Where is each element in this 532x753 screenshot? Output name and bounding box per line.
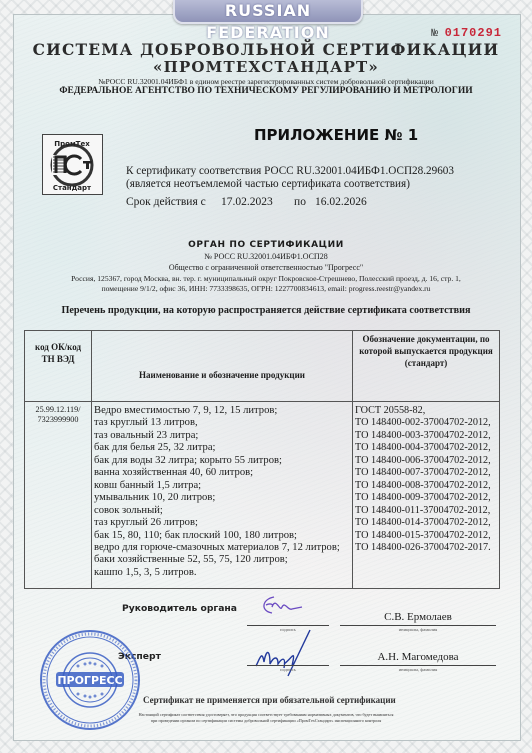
to-label: по (285, 196, 315, 208)
standard-item: ТО 148400-008-37004702-2012, (355, 480, 497, 492)
standard-item: ТО 148400-014-37004702-2012, (355, 517, 497, 529)
system-name: «ПРОМТЕХСТАНДАРТ» (0, 58, 532, 76)
valid-to: 16.02.2026 (315, 196, 367, 208)
list-item: ковш банный 1,5 литра; (94, 480, 350, 492)
column-header-name: Наименование и обозначение продукции (92, 331, 353, 402)
table-row: 25.99.12.119/ 7323999900 Ведро вместимос… (25, 402, 500, 589)
list-item: таз круглый 26 литров; (94, 517, 350, 529)
standard-item: ТО 148400-006-37004702-2012, (355, 455, 497, 467)
validity-label: Срок действия с (126, 196, 221, 208)
organ-title: ОРГАН ПО СЕРТИФИКАЦИИ (0, 240, 532, 250)
svg-text:ПромТех: ПромТех (54, 140, 90, 148)
standard-item: ТО 148400-009-37004702-2012, (355, 492, 497, 504)
standard-item: ТО 148400-003-37004702-2012, (355, 430, 497, 442)
standard-item: ТО 148400-015-37004702-2012, (355, 530, 497, 542)
standard-item: ТО 148400-011-37004702-2012, (355, 505, 497, 517)
organ-reg-number: № РОСС RU.32001.04ИБФ1.ОСП28 (0, 252, 532, 261)
serial-number: № 0170291 (431, 26, 502, 40)
list-item: бак 15, 80, 110; бак плоский 100, 180 ли… (94, 530, 350, 542)
list-item: Ведро вместимостью 7, 9, 12, 15 литров; (94, 405, 350, 417)
disclaimer: Сертификат не применяется при обязательн… (143, 695, 396, 705)
system-title: СИСТЕМА ДОБРОВОЛЬНОЙ СЕРТИФИКАЦИИ (0, 40, 532, 59)
country-banner: RUSSIAN FEDERATION (173, 0, 363, 24)
logo-icon: ПромТех Стандарт (43, 135, 102, 194)
serial-value: 0170291 (445, 26, 502, 40)
appendix-title: ПРИЛОЖЕНИЕ № 1 (254, 126, 418, 144)
products-title: Перечень продукции, на которую распростр… (0, 305, 532, 316)
organ-address-2: помещение 9/1/2, офис 36, ИНН: 773339863… (0, 284, 532, 293)
standard-item: ТО 148400-026-37004702-2017. (355, 542, 497, 554)
expert-name: А.Н. Магомедова (340, 651, 496, 663)
svg-text:ПРОГРЕСС: ПРОГРЕСС (57, 674, 122, 687)
list-item: кашпо 1,5, 3, 5 литров. (94, 567, 350, 579)
promtech-logo: ПромТех Стандарт (42, 134, 103, 195)
agency-name: ФЕДЕРАЛЬНОЕ АГЕНТСТВО ПО ТЕХНИЧЕСКОМУ РЕ… (0, 86, 532, 96)
column-header-standard: Обозначение документации, по которой вып… (353, 331, 500, 402)
standards-list: ГОСТ 20558-82,ТО 148400-002-37004702-201… (353, 402, 500, 589)
standard-item: ГОСТ 20558-82, (355, 405, 497, 417)
organ-company: Общество с ограниченной ответственностью… (0, 263, 532, 272)
head-label: Руководитель органа (122, 603, 237, 614)
valid-from: 17.02.2023 (221, 196, 285, 208)
products-table: код ОК/код ТН ВЭД Наименование и обознач… (24, 330, 500, 589)
list-item: ванна хозяйственная 40, 60 литров; (94, 467, 350, 479)
standard-item: ТО 148400-004-37004702-2012, (355, 442, 497, 454)
list-item: таз круглый 13 литров, (94, 417, 350, 429)
svg-text:Стандарт: Стандарт (53, 184, 92, 192)
list-item: ведро для горюче-смазочных материалов 7,… (94, 542, 350, 554)
product-list: Ведро вместимостью 7, 9, 12, 15 литров;т… (92, 402, 353, 589)
validity-period: Срок действия с17.02.2023по16.02.2026 (126, 196, 367, 208)
table-header: код ОК/код ТН ВЭД Наименование и обознач… (25, 331, 500, 402)
list-item: баки хозяйственные 52, 55, 75, 120 литро… (94, 554, 350, 566)
column-header-code: код ОК/код ТН ВЭД (25, 331, 92, 402)
certificate-reference: К сертификату соответствия РОСС RU.32001… (126, 165, 454, 177)
head-signature (252, 591, 312, 623)
fine-print: Настоящий сертификат соответствия удосто… (30, 712, 502, 723)
list-item: бак для воды 32 литра; корыто 55 литров; (94, 455, 350, 467)
organ-address-1: Россия, 125367, город Москва, вн. тер. г… (0, 274, 532, 283)
list-item: бак для белья 25, 32 литра; (94, 442, 350, 454)
standard-item: ТО 148400-007-37004702-2012, (355, 467, 497, 479)
certificate-note: (является неотъемлемой частью сертификат… (126, 178, 410, 190)
list-item: умывальник 10, 20 литров; (94, 492, 350, 504)
list-item: таз овальный 23 литра; (94, 430, 350, 442)
registry-line: №РОСС RU.32001.04ИБФ1 в едином реестре з… (0, 77, 532, 86)
head-name: С.В. Ермолаев (340, 611, 496, 623)
product-code: 25.99.12.119/ 7323999900 (25, 402, 92, 589)
list-item: совок зольный; (94, 505, 350, 517)
standard-item: ТО 148400-002-37004702-2012, (355, 417, 497, 429)
